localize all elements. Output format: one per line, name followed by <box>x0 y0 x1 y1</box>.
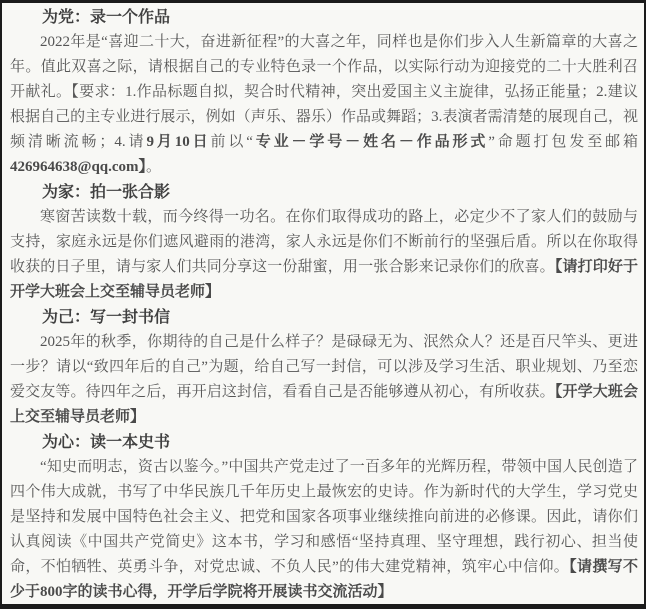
section-body-for-family: 寒窗苦读数十载，而今终得一功名。在你们取得成功的路上，必定少不了家人们的鼓励与支… <box>10 205 638 305</box>
section-for-party: 为党：录一个作品 2022年是“喜迎二十大，奋进新征程”的大喜之年，同样也是你们… <box>10 5 638 180</box>
section-body-for-party: 2022年是“喜迎二十大，奋进新征程”的大喜之年，同样也是你们步入人生新篇章的大… <box>10 30 638 180</box>
section-body-for-self: 2025年的秋季，你期待的自己是什么样子？是碌碌无为、泯然众人？还是百尺竿头、更… <box>10 330 638 430</box>
section-heading-for-family: 为家：拍一张合影 <box>10 180 638 205</box>
document: 为党：录一个作品 2022年是“喜迎二十大，奋进新征程”的大喜之年，同样也是你们… <box>0 0 646 609</box>
body-text-run: 前以“ <box>210 134 252 150</box>
section-for-heart: 为心：读一本史书 “知史而明志，资古以鉴今。”中国共产党走过了一百多年的光辉历程… <box>10 430 638 605</box>
body-text-run: 寒窗苦读数十载，而今终得一功名。在你们取得成功的路上，必定少不了家人们的鼓励与支… <box>10 209 638 275</box>
body-text-run-bold-deadline: 9月10日 <box>146 134 210 150</box>
section-for-family: 为家：拍一张合影 寒窗苦读数十载，而今终得一功名。在你们取得成功的路上，必定少不… <box>10 180 638 305</box>
body-text-run: 2022年是“喜迎二十大，奋进新征程”的大喜之年，同样也是你们步入人生新篇章的大… <box>10 34 638 150</box>
body-text-run: ”命题打包发至邮箱 <box>488 134 638 150</box>
section-heading-for-heart: 为心：读一本史书 <box>10 430 638 455</box>
body-text-run: 。 <box>146 159 161 175</box>
body-text-run: “知史而明志，资古以鉴今。”中国共产党走过了一百多年的光辉历程，带领中国人民创造… <box>10 459 638 575</box>
section-for-self: 为己：写一封书信 2025年的秋季，你期待的自己是什么样子？是碌碌无为、泯然众人… <box>10 305 638 430</box>
section-heading-for-party: 为党：录一个作品 <box>10 5 638 30</box>
section-body-for-heart: “知史而明志，资古以鉴今。”中国共产党走过了一百多年的光辉历程，带领中国人民创造… <box>10 455 638 605</box>
body-text-run-bold-email: 426964638@qq.com】 <box>10 159 146 175</box>
section-heading-for-self: 为己：写一封书信 <box>10 305 638 330</box>
body-text-run-bold-naming-format: 专业－学号－姓名－作品形式 <box>253 134 488 150</box>
body-text-run: 2025年的秋季，你期待的自己是什么样子？是碌碌无为、泯然众人？还是百尺竿头、更… <box>10 334 638 400</box>
